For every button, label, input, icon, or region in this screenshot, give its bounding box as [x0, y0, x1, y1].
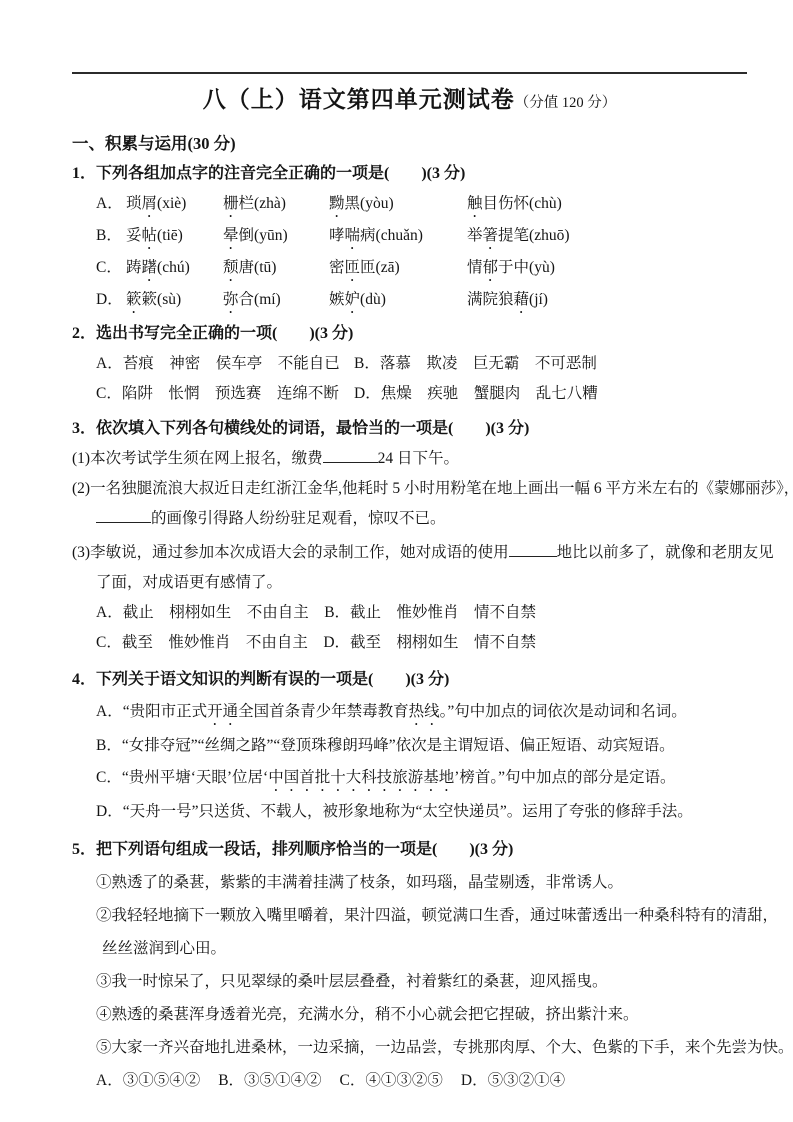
- q3-option-ab: A．截止 栩栩如生 不由自主 B．截止 惟妙惟肖 情不自禁: [72, 598, 747, 628]
- text-run: 踌: [126, 259, 142, 276]
- text-run: A．: [96, 195, 123, 212]
- emphasized-text: 晕: [223, 227, 239, 244]
- text-run: 匝: [360, 259, 376, 276]
- text-run: ②我轻轻地摘下一颗放入嘴里嚼着，果汁四溢，顿觉满口生香，通过味蕾透出一种桑科特有…: [96, 907, 778, 924]
- option-cell: D．焦燥 疾驰 蟹腿肉 乱七八糟: [354, 379, 598, 409]
- text-run: B．“女排夺冠”“丝绸之路”“登顶珠穆朗玛峰”依次是主谓短语、偏正短语、动宾短语…: [96, 737, 675, 754]
- q5-sentence-3: ③我一时惊呆了，只见翠绿的桑叶层层叠叠，衬着紫红的桑葚，迎风摇曳。: [72, 967, 747, 997]
- header-rule: [72, 72, 747, 74]
- answer-blank: [96, 507, 151, 523]
- q3-item-2-line2: 的画像引得路人纷纷驻足观看，惊叹不已。: [72, 504, 747, 534]
- option-cell: 满院狼藉(jí): [467, 285, 548, 317]
- q3-item-3-line1: (3)李敏说，通过参加本次成语大会的录制工作，她对成语的使用地比以前多了，就像和…: [72, 538, 747, 568]
- option-cell: 举箸提笔(zhuō): [467, 221, 570, 253]
- text-run: 病: [360, 227, 376, 244]
- option-cell: C．: [96, 253, 126, 283]
- emphasized-text: 喘: [345, 227, 361, 244]
- text-run: 目伤怀: [483, 195, 530, 212]
- emphasized-text: 藉: [514, 291, 530, 308]
- q2-options-ab: A．苔痕 神密 侯车亭 不能自已B．落慕 欺凌 巨无霸 不可恶制: [72, 349, 747, 379]
- option-cell: A．苔痕 神密 侯车亭 不能自已: [96, 349, 354, 379]
- text-run: A．“贵阳市正式: [96, 703, 207, 720]
- q1-option-a: A．琐屑(xiè)栅栏(zhà)黝黑(yòu)触目伤怀(chù): [72, 189, 747, 221]
- text-run: 唐: [239, 259, 255, 276]
- option-cell: 情郁于中(yù): [467, 253, 555, 285]
- text-run: 妥: [126, 227, 142, 244]
- q2-options-cd: C．陷阱 怅惘 预选赛 连绵不断D．焦燥 疾驰 蟹腿肉 乱七八糟: [72, 379, 747, 409]
- option-cell: 密匝匝(zā): [329, 253, 467, 285]
- option-cell: 触目伤怀(chù): [467, 189, 562, 221]
- answer-blank: [323, 447, 378, 463]
- q5-sentence-5: ⑤大家一齐兴奋地扎进桑林，一边采摘，一边品尝，专挑那肉厚、个大、色紫的下手，来个…: [72, 1033, 747, 1063]
- text-run: 倒: [239, 227, 255, 244]
- option-cell: 琐屑(xiè): [126, 189, 223, 221]
- emphasized-text: 屑: [142, 195, 158, 212]
- text-run: (tū): [254, 259, 276, 276]
- text-run: 地比以前多了，就像和老朋友见: [557, 544, 774, 561]
- text-run: (2)一名独腿流浪大叔近日走红浙江金华,他耗时 5 小时用粉笔在地上画出一幅 6…: [72, 480, 793, 497]
- q1-stem: 1．下列各组加点字的注音完全正确的一项是( )(3 分): [72, 159, 747, 189]
- q4-option-b: B．“女排夺冠”“丝绸之路”“登顶珠穆朗玛峰”依次是主谓短语、偏正短语、动宾短语…: [72, 731, 747, 761]
- emphasized-text: 栅: [223, 195, 239, 212]
- page-title: 八（上）语文第四单元测试卷（分值 120 分）: [72, 83, 747, 120]
- text-run: (yūn): [254, 227, 288, 244]
- q1-option-b: B．妥帖(tiē)晕倒(yūn)哮喘病(chuǎn)举箸提笔(zhuō): [72, 221, 747, 253]
- text-run: C．④①③②⑤: [340, 1072, 443, 1089]
- q3-option-cd: C．截至 惟妙惟肖 不由自主 D．截至 栩栩如生 情不自禁: [72, 628, 747, 658]
- option-cell: 哮喘病(chuǎn): [329, 221, 467, 253]
- text-run: 簌: [142, 291, 158, 308]
- emphasized-text: 开通: [207, 703, 238, 720]
- text-run: 情: [467, 259, 483, 276]
- q4-option-a: A．“贵阳市正式开通全国首条青少年禁毒教育热线。”句中加点的词依次是动词和名词。: [72, 697, 747, 729]
- emphasized-text: 中国首批十大科技旅游基地: [268, 769, 454, 786]
- emphasized-text: 箸: [483, 227, 499, 244]
- text-run: (jí): [529, 291, 548, 308]
- q5-sentence-1: ①熟透了的桑葚，紫紫的丰满着挂满了枝条，如玛瑙，晶莹剔透，非常诱人。: [72, 868, 747, 898]
- q5-sentence-4: ④熟透的桑葚浑身透着光亮，充满水分，稍不小心就会把它捏破，挤出紫汁来。: [72, 1000, 747, 1030]
- text-run: 嫉: [329, 291, 345, 308]
- emphasized-text: 帖: [142, 227, 158, 244]
- option-cell: 晕倒(yūn): [223, 221, 329, 253]
- text-run: 于中: [498, 259, 529, 276]
- text-run: 4．下列关于语文知识的判断有误的一项是( )(3 分): [72, 671, 449, 688]
- q3-stem: 3．依次填入下列各句横线处的词语，最恰当的一项是( )(3 分): [72, 414, 747, 444]
- emphasized-text: 簌: [126, 291, 142, 308]
- text-run: (zhuō): [529, 227, 569, 244]
- text-run: D．焦燥 疾驰 蟹腿肉 乱七八糟: [354, 385, 598, 402]
- text-run: A．截止 栩栩如生 不由自主 B．截止 惟妙惟肖 情不自禁: [96, 604, 536, 621]
- option-cell: 踌躇(chú): [126, 253, 223, 285]
- q3-item-1: (1)本次考试学生须在网上报名，缴费24 日下午。: [72, 444, 747, 474]
- q2-stem: 2．选出书写完全正确的一项( )(3 分): [72, 319, 747, 349]
- text-run: (sù): [157, 291, 181, 308]
- option-cell: C．陷阱 怅惘 预选赛 连绵不断: [96, 379, 354, 409]
- title-score-note: （分值 120 分）: [515, 95, 617, 111]
- q3-item-3-line2: 了面，对成语更有感情了。: [72, 568, 747, 598]
- text-run: 满院狼: [467, 291, 514, 308]
- text-run: (3)李敏说，通过参加本次成语大会的录制工作，她对成语的使用: [72, 544, 509, 561]
- option-cell: B．落慕 欺凌 巨无霸 不可恶制: [354, 349, 597, 379]
- text-run: 3．依次填入下列各句横线处的词语，最恰当的一项是( )(3 分): [72, 420, 529, 437]
- section-heading: 一、积累与运用(30 分): [72, 129, 747, 159]
- text-run: 。”句中加点的词依次是动词和名词。: [440, 703, 687, 720]
- text-run: A．③①⑤④②: [96, 1072, 200, 1089]
- emphasized-text: 郁: [483, 259, 499, 276]
- text-run: (xiè): [157, 195, 186, 212]
- q3-item-2-line1: (2)一名独腿流浪大叔近日走红浙江金华,他耗时 5 小时用粉笔在地上画出一幅 6…: [72, 474, 747, 504]
- text-run: 黑: [345, 195, 361, 212]
- q5-sentence-2-line2: 丝丝滋润到心田。: [72, 934, 747, 964]
- text-run: 5．把下列语句组成一段话，排列顺序恰当的一项是( )(3 分): [72, 841, 513, 858]
- text-run: A．苔痕 神密 侯车亭 不能自已: [96, 355, 340, 372]
- emphasized-text: 黝: [329, 195, 345, 212]
- text-run: 2．选出书写完全正确的一项( )(3 分): [72, 325, 353, 342]
- text-run: 了面，对成语更有感情了。: [96, 574, 282, 591]
- option-cell: 颓唐(tū): [223, 253, 329, 285]
- q1-option-c: C．踌躇(chú)颓唐(tū)密匝匝(zā)情郁于中(yù): [72, 253, 747, 285]
- text-run: 哮: [329, 227, 345, 244]
- text-run: 琐: [126, 195, 142, 212]
- text-run: ③我一时惊呆了，只见翠绿的桑叶层层叠叠，衬着紫红的桑葚，迎风摇曳。: [96, 973, 608, 990]
- q4-stem: 4．下列关于语文知识的判断有误的一项是( )(3 分): [72, 665, 747, 695]
- text-run: (yòu): [360, 195, 394, 212]
- text-run: 丝丝滋润到心田。: [102, 940, 226, 957]
- option-cell: 黝黑(yòu): [329, 189, 467, 221]
- option-cell: 簌簌(sù): [126, 285, 223, 317]
- text-run: (zhà): [254, 195, 286, 212]
- text-run: C．: [96, 259, 122, 276]
- title-text: 八（上）语文第四单元测试卷: [203, 87, 515, 112]
- text-run: D．: [96, 291, 123, 308]
- text-run: D．⑤③②①④: [461, 1072, 565, 1089]
- text-run: 合: [239, 291, 255, 308]
- emphasized-text: 热线: [409, 703, 440, 720]
- emphasized-text: 触: [467, 195, 483, 212]
- test-paper-page: 八（上）语文第四单元测试卷（分值 120 分） 一、积累与运用(30 分) 1．…: [0, 0, 793, 1122]
- text-run: (chù): [529, 195, 562, 212]
- text-run: ④熟透的桑葚浑身透着光亮，充满水分，稍不小心就会把它捏破，挤出紫汁来。: [96, 1006, 639, 1023]
- text-run: B．: [96, 227, 122, 244]
- text-run: 1．下列各组加点字的注音完全正确的一项是( )(3 分): [72, 165, 465, 182]
- text-run: 举: [467, 227, 483, 244]
- option-cell: A．: [96, 189, 126, 219]
- text-run: ⑤大家一齐兴奋地扎进桑林，一边采摘，一边品尝，专挑那肉厚、个大、色紫的下手，来个…: [96, 1039, 793, 1056]
- q1-option-d: D．簌簌(sù)弥合(mí)嫉妒(dù)满院狼藉(jí): [72, 285, 747, 317]
- text-run: 密: [329, 259, 345, 276]
- option-cell: 妥帖(tiē): [126, 221, 223, 253]
- emphasized-text: 躇: [142, 259, 158, 276]
- q4-option-c: C．“贵州平塘‘天眼’位居‘中国首批十大科技旅游基地’榜首。”句中加点的部分是定…: [72, 763, 747, 795]
- text-run: C．“贵州平塘‘天眼’位居‘: [96, 769, 268, 786]
- q5-stem: 5．把下列语句组成一段话，排列顺序恰当的一项是( )(3 分): [72, 835, 747, 865]
- answer-blank: [509, 541, 557, 557]
- text-run: 提笔: [498, 227, 529, 244]
- text-run: B．落慕 欺凌 巨无霸 不可恶制: [354, 355, 597, 372]
- option-cell: D．: [96, 285, 126, 315]
- text-run: 全国首条青少年禁毒教育: [238, 703, 409, 720]
- text-run: C．陷阱 怅惘 预选赛 连绵不断: [96, 385, 339, 402]
- text-run: (chuǎn): [376, 227, 423, 244]
- text-run: (mí): [254, 291, 281, 308]
- option-cell: 嫉妒(dù): [329, 285, 467, 317]
- text-run: (yù): [529, 259, 555, 276]
- text-run: ①熟透了的桑葚，紫紫的丰满着挂满了枝条，如玛瑙，晶莹剔透，非常诱人。: [96, 874, 623, 891]
- text-run: (zā): [376, 259, 400, 276]
- emphasized-text: 匝: [345, 259, 361, 276]
- q5-sentence-2-line1: ②我轻轻地摘下一颗放入嘴里嚼着，果汁四溢，顿觉满口生香，通过味蕾透出一种桑科特有…: [72, 901, 747, 931]
- questions-container: 1．下列各组加点字的注音完全正确的一项是( )(3 分)A．琐屑(xiè)栅栏(…: [72, 159, 747, 1096]
- emphasized-text: 颓: [223, 259, 239, 276]
- text-run: D．“天舟一号”只送货、不载人，被形象地称为“太空快递员”。运用了夸张的修辞手法…: [96, 803, 693, 820]
- text-run: (dù): [360, 291, 386, 308]
- text-run: B．③⑤①④②: [218, 1072, 321, 1089]
- text-run: 的画像引得路人纷纷驻足观看，惊叹不已。: [151, 510, 446, 527]
- q4-option-d: D．“天舟一号”只送货、不载人，被形象地称为“太空快递员”。运用了夸张的修辞手法…: [72, 797, 747, 827]
- text-run: 24 日下午。: [378, 450, 459, 467]
- option-cell: B．: [96, 221, 126, 251]
- q5-answer-options: A．③①⑤④②B．③⑤①④②C．④①③②⑤D．⑤③②①④: [72, 1066, 747, 1096]
- text-run: (chú): [157, 259, 190, 276]
- emphasized-text: 弥: [223, 291, 239, 308]
- text-run: ’榜首。”句中加点的部分是定语。: [454, 769, 675, 786]
- option-cell: 弥合(mí): [223, 285, 329, 317]
- text-run: (tiē): [157, 227, 183, 244]
- emphasized-text: 妒: [345, 291, 361, 308]
- text-run: C．截至 惟妙惟肖 不由自主 D．截至 栩栩如生 情不自禁: [96, 634, 536, 651]
- text-run: (1)本次考试学生须在网上报名，缴费: [72, 450, 323, 467]
- option-cell: 栅栏(zhà): [223, 189, 329, 221]
- text-run: 栏: [239, 195, 255, 212]
